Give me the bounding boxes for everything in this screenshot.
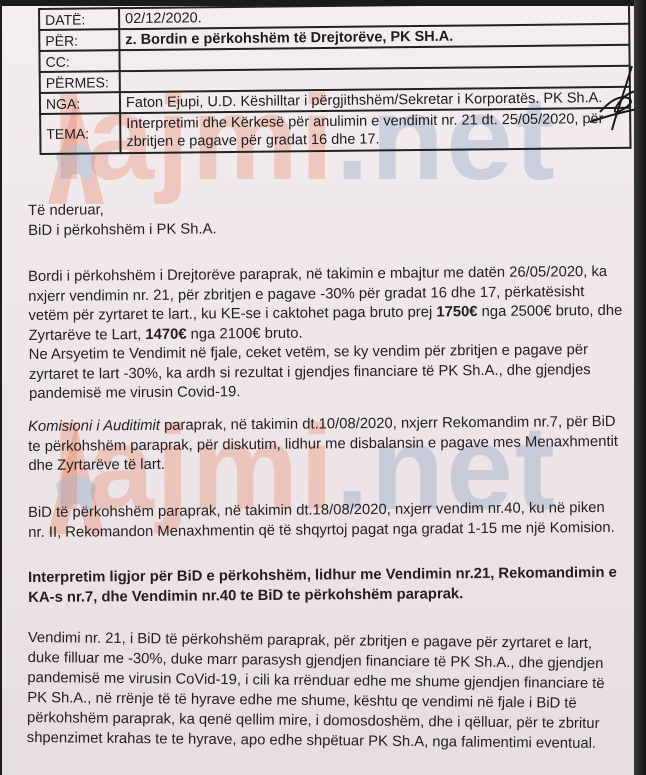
memo-header-table: DATË: 02/12/2020. PËR: z. Bordin e përko… [38, 6, 632, 155]
header-label: CC: [39, 50, 119, 72]
header-row-subject: TEMA: Interpretimi dhe Kërkesë për anuli… [40, 108, 630, 154]
text-segment: nga 2100€ bruto. [186, 325, 302, 342]
greeting: Të nderuar, BiD i përkohshëm i PK Sh.A. [28, 197, 624, 241]
paragraph-text: BiD të përkohshëm paraprak, në takimin d… [28, 499, 624, 543]
header-label: TEMA: [40, 113, 120, 154]
photo-right-edge [634, 0, 646, 775]
paragraph-decision-40: BiD të përkohshëm paraprak, në takimin d… [28, 499, 624, 543]
paragraph-text: Bordi i përkohshëm i Drejtorëve paraprak… [28, 263, 625, 346]
header-label: NGA: [40, 92, 120, 114]
greeting-recipient: BiD i përkohshëm i PK Sh.A. [28, 216, 624, 241]
paragraph-reasoning: Ne Arsyetim te Vendimit në fjale, ceket … [29, 341, 625, 405]
header-value-subject: Interpretimi dhe Kërkesë për anulimin e … [120, 108, 630, 153]
header-label: PËR: [39, 29, 119, 51]
heading-text: Interpretim ligjor për BiD e përkohshëm,… [28, 564, 624, 608]
header-label: PËRMES: [40, 71, 120, 93]
text-segment-italic: Komisioni i Auditimit [28, 418, 160, 435]
memo-document: lajmi.net lajmi.net DATË: 02/12/2020. PË… [2, 6, 634, 775]
signature-icon [582, 64, 634, 134]
paragraph-text: Komisioni i Auditimit paraprak, në takim… [28, 413, 624, 477]
paragraph-interpretation: Vendimi nr. 21, i BiD të përkohshëm para… [27, 628, 624, 754]
header-label: DATË: [39, 8, 119, 30]
section-heading-legal-interpretation: Interpretim ligjor për BiD e përkohshëm,… [28, 564, 624, 608]
paragraph-audit-committee: Komisioni i Auditimit paraprak, në takim… [28, 413, 624, 477]
salary-amount: 1750€ [436, 304, 477, 320]
salary-amount: 1470€ [145, 326, 186, 342]
paragraph-decision-21: Bordi i përkohshëm i Drejtorëve paraprak… [28, 263, 625, 405]
paragraph-text: Vendimi nr. 21, i BiD të përkohshëm para… [27, 628, 624, 754]
